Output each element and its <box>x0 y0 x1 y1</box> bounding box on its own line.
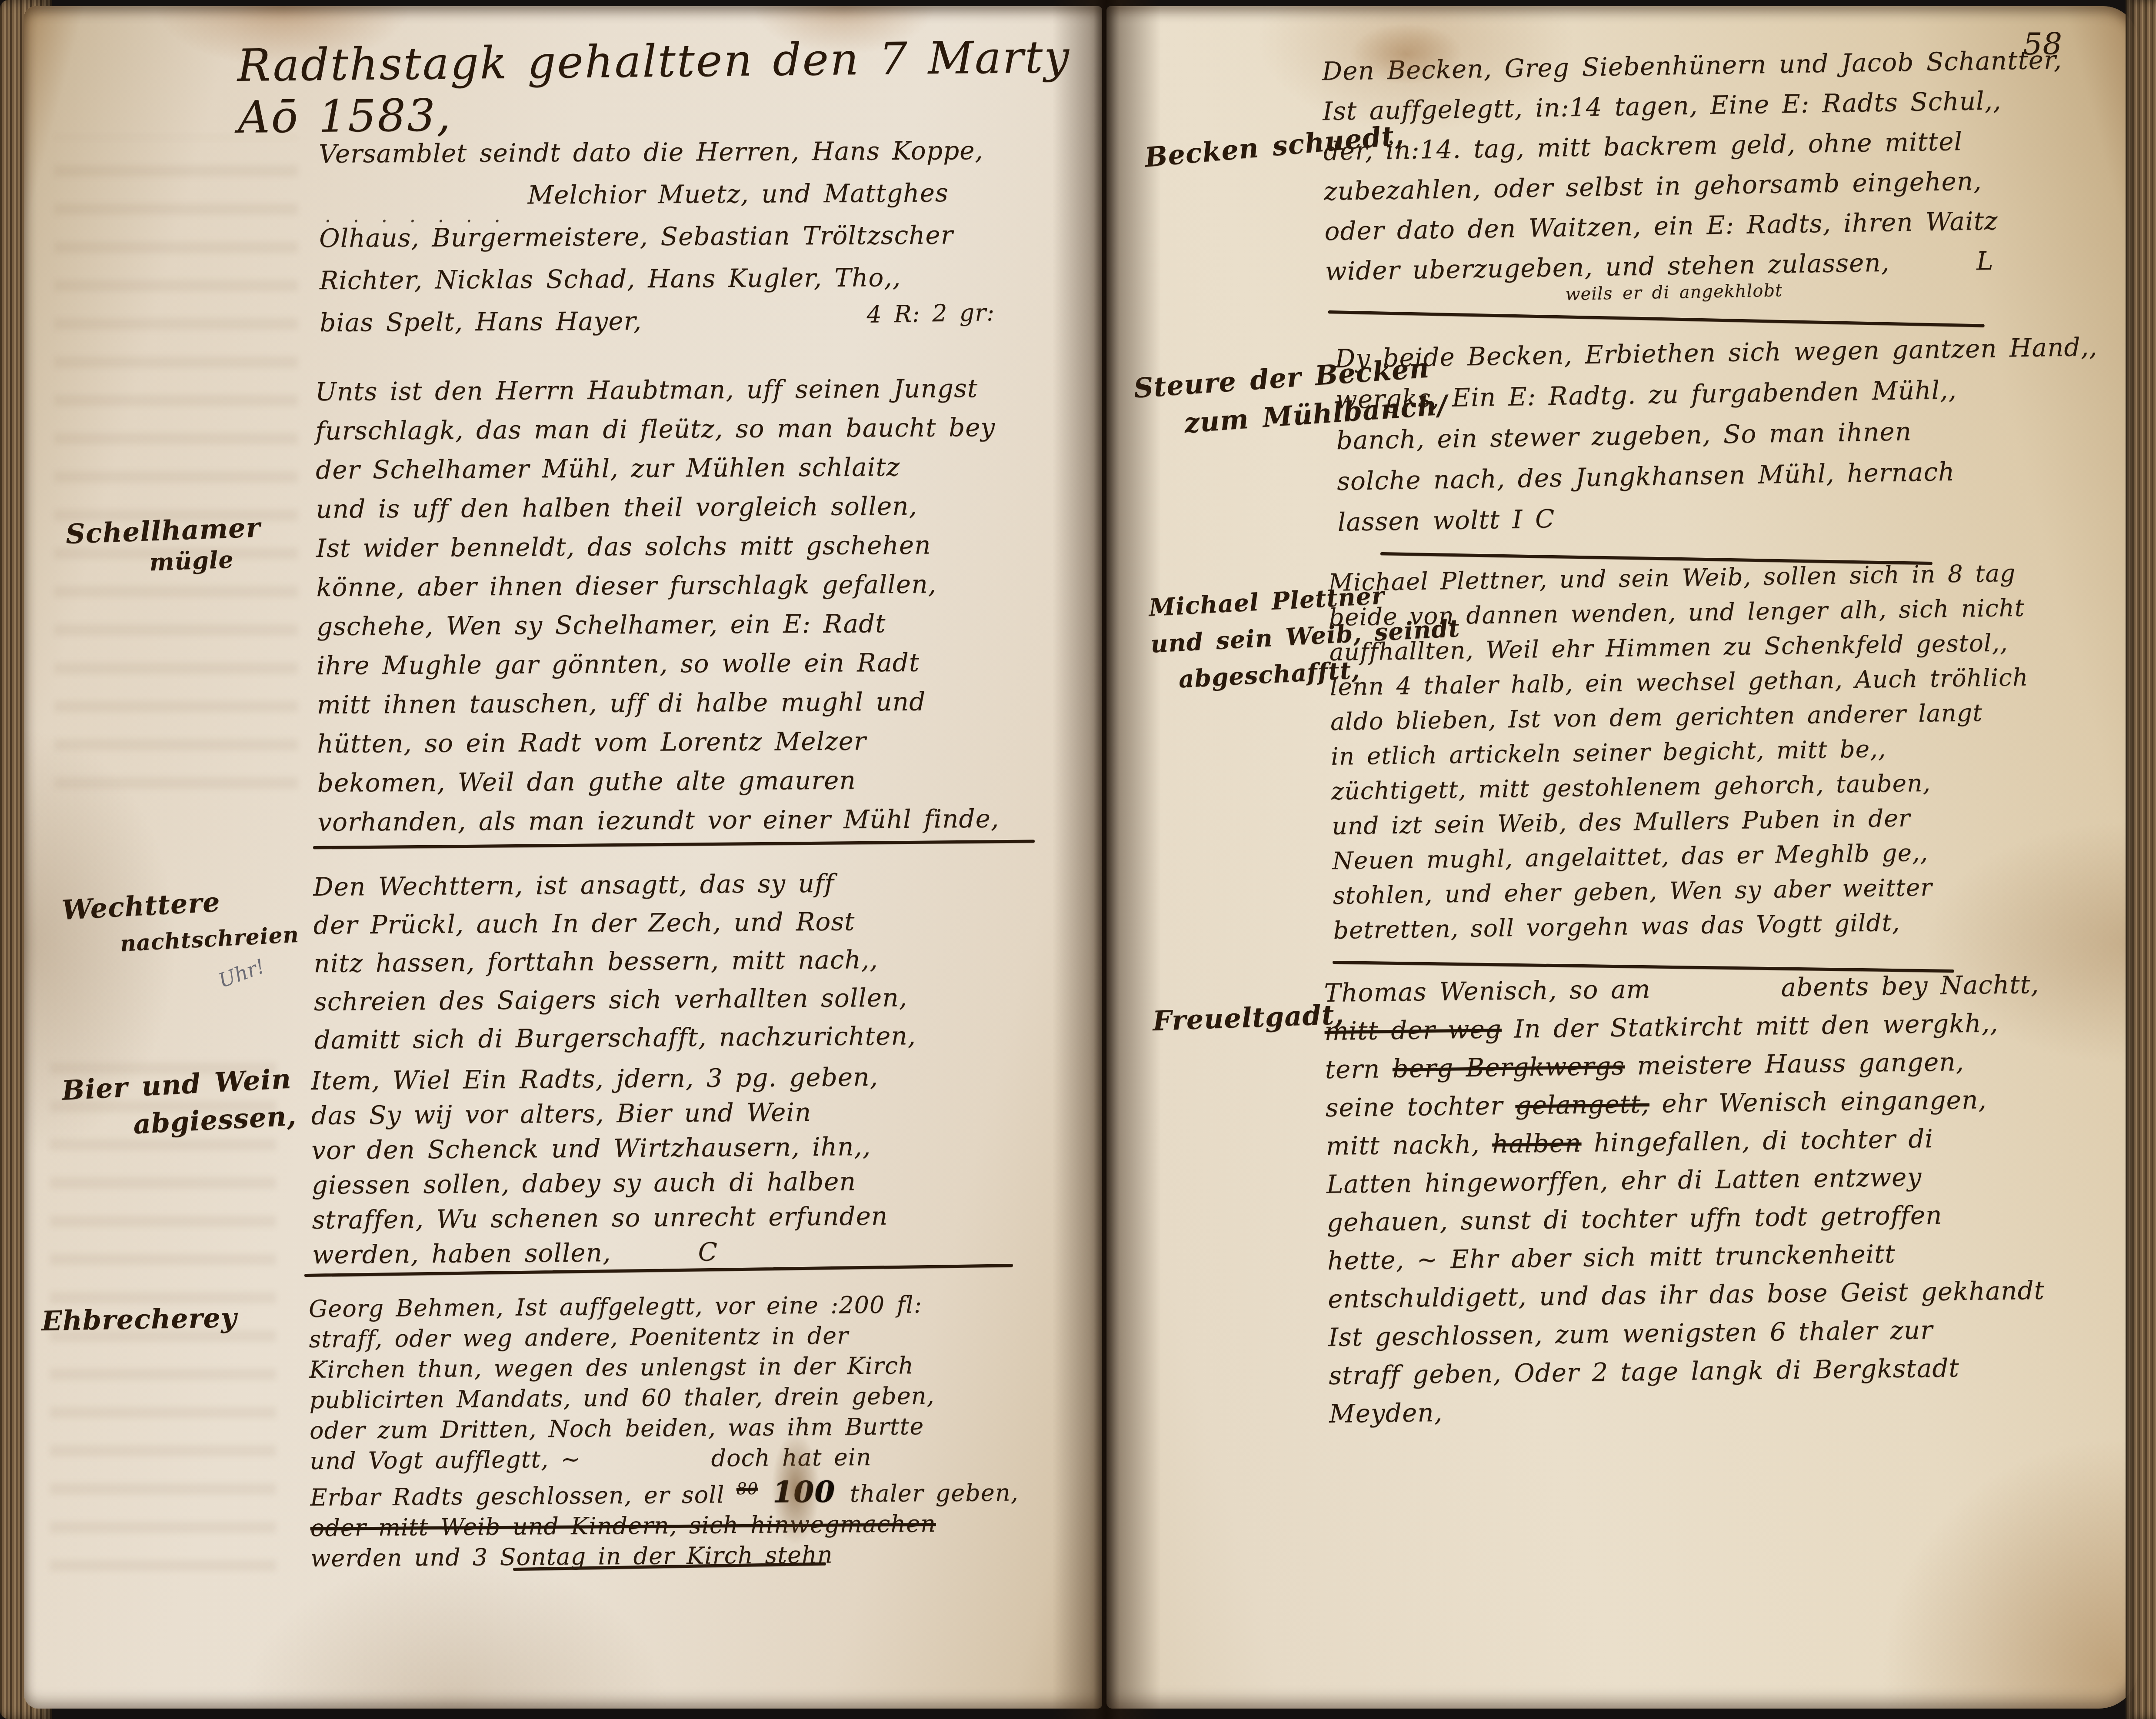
text-line: ihre Mughle gar gönnten, so wolle ein Ra… <box>317 643 998 685</box>
text-line: Erbar Radts geschlossen, er soll 80 100 … <box>310 1472 1019 1513</box>
right-page: 58 Becken schuedt, Steure der Beckenzum … <box>1106 6 2138 1709</box>
text-segment: halben <box>1492 1128 1582 1159</box>
entry-frevel-tat: Thomas Wenisch, so amabents bey Nachtt,m… <box>1324 965 2046 1433</box>
interlinear-note: weils er di angekhlobt <box>1565 280 1783 304</box>
text-segment: Melchior Muetz, und Mattghes <box>319 178 949 211</box>
text-line: der Prückl, auch In der Zech, und Rost <box>313 902 916 944</box>
page-stack-edge-right <box>2126 0 2156 1719</box>
text-segment: C <box>611 1237 718 1267</box>
margin-rubric-waechter-nachtschreien: Wechtterenachtschreien <box>61 880 300 965</box>
entry-michael-plettner: Michael Plettner, und sein Weib, sollen … <box>1328 556 2032 948</box>
text-line: und Vogt aufflegtt, ~doch hat ein <box>310 1441 1018 1476</box>
text-line: gschehe, Wen sy Schelhamer, ein E: Radt <box>317 603 998 646</box>
ink-showthrough <box>54 137 298 789</box>
text-segment: mitt der weg <box>1324 1014 1502 1046</box>
text-line: mitt ihnen tauschen, uff di halbe mughl … <box>317 682 999 724</box>
margin-rubric-bier-und-wein: Bier und Weinabgiessen, <box>61 1060 297 1147</box>
text-line: werden, haben sollen,C <box>312 1233 888 1272</box>
leader-dots: · · · · · · · <box>325 210 507 233</box>
entry-steuer-der-becken: Dy beide Becken, Erbiethen sich wegen ga… <box>1335 326 2100 542</box>
margin-rubric-frevel-tat: Freueltgadt, <box>1152 999 1345 1037</box>
manuscript-book-spread: Radthstagk gehaltten den 7 Marty Aō 1583… <box>0 0 2156 1719</box>
text-segment: gelangett, <box>1515 1089 1649 1120</box>
text-line: bekomen, Weil dan guthe alte gmauren <box>317 760 999 803</box>
margin-rubric-ehebrecherei: Ehbrecherey <box>41 1302 237 1337</box>
text-line: vor den Schenck und Wirtzhausern, ihn,, <box>311 1129 887 1168</box>
text-segment: L <box>1889 246 1994 277</box>
text-line: Freueltgadt, <box>1152 999 1345 1037</box>
attendance-count-note: 4 R: 2 gr: <box>866 299 995 328</box>
margin-rubric-schellhamer-muehle: Schellhamermügle <box>65 511 262 580</box>
text-line: furschlagk, das man di fleütz, so man ba… <box>315 408 997 450</box>
text-line: der Schelhamer Mühl, zur Mühlen schlaitz <box>316 447 997 490</box>
text-line: Georg Behmen, Ist auffgelegtt, vor eine … <box>309 1289 1017 1324</box>
text-line: giessen sollen, dabey sy auch di halben <box>312 1164 888 1203</box>
text-line: schreien des Saigers sich verhallten sol… <box>314 978 916 1021</box>
ink-blot <box>772 1432 820 1545</box>
text-line: straff, oder weg andere, Poenitentz in d… <box>309 1319 1017 1355</box>
text-line: Meyden, <box>1329 1386 2046 1433</box>
text-segment: berg Bergkwergs <box>1392 1051 1625 1084</box>
text-line: vorhanden, als man iezundt vor einer Müh… <box>317 799 999 842</box>
text-line: das Sy wij vor alters, Bier und Wein <box>311 1094 887 1133</box>
left-page: Radthstagk gehaltten den 7 Marty Aō 1583… <box>24 6 1102 1709</box>
text-line: hütten, so ein Radt vom Lorentz Melzer <box>317 721 999 763</box>
text-line: und is uff den halben theil vorgleich so… <box>316 486 997 529</box>
entry-ehebrecherei: Georg Behmen, Ist auffgelegtt, vor eine … <box>309 1289 1019 1574</box>
text-line: Ehbrecherey <box>41 1302 237 1337</box>
text-segment: oder mitt Weib und Kindern, sich hinwegm… <box>310 1510 936 1542</box>
entry-bier-und-wein: Item, Wiel Ein Radts, jdern, 3 pg. geben… <box>311 1059 888 1272</box>
book-gutter <box>1052 0 1161 1719</box>
text-line: oder mitt Weib und Kindern, sich hinwegm… <box>310 1508 1019 1543</box>
entry-waechter-nachtschreien: Den Wechttern, ist ansagtt, das sy uffde… <box>313 863 916 1059</box>
paper-stain <box>1350 23 1463 84</box>
text-segment: und Vogt aufflegtt, ~ <box>310 1445 711 1475</box>
text-line: Kirchen thun, wegen des unlengst in der … <box>309 1350 1018 1385</box>
text-line: Unts ist den Herrn Haubtman, uff seinen … <box>315 369 997 411</box>
text-line: Den Wechttern, ist ansagtt, das sy uff <box>313 863 915 906</box>
ink-rule <box>1328 310 1985 327</box>
text-segment: Thomas Wenisch, so am <box>1324 973 1781 1008</box>
text-line: publicirten Mandats, und 60 thaler, drei… <box>309 1380 1018 1416</box>
text-line: werden und 3 Sontag in der Kirch stehn <box>310 1539 1019 1574</box>
session-title: Radthstagk gehaltten den 7 Marty Aō 1583… <box>237 31 1103 143</box>
text-line: oder zum Dritten, Noch beiden, was ihm B… <box>310 1411 1018 1446</box>
text-line: damitt sich di Burgerschafft, nachzurich… <box>314 1016 916 1059</box>
text-line: straffen, Wu schenen so unrecht erfunden <box>312 1199 888 1237</box>
entry-schellhamer-muehle: Unts ist den Herrn Haubtman, uff seinen … <box>315 369 1000 842</box>
text-line: könne, aber ihnen dieser furschlagk gefa… <box>316 564 998 607</box>
text-line: Versamblet seindt dato die Herren, Hans … <box>319 130 983 175</box>
pencil-annotation: Uhr! <box>215 954 268 993</box>
text-line: Richter, Nicklas Schad, Hans Kugler, Tho… <box>320 256 984 302</box>
text-line: Item, Wiel Ein Radts, jdern, 3 pg. geben… <box>311 1059 887 1098</box>
text-line: Ist wider benneldt, das solchs mitt gsch… <box>316 525 998 568</box>
text-segment: 80 <box>736 1479 758 1498</box>
text-line: nitz hassen, forttahn bessern, mitt nach… <box>313 940 916 983</box>
